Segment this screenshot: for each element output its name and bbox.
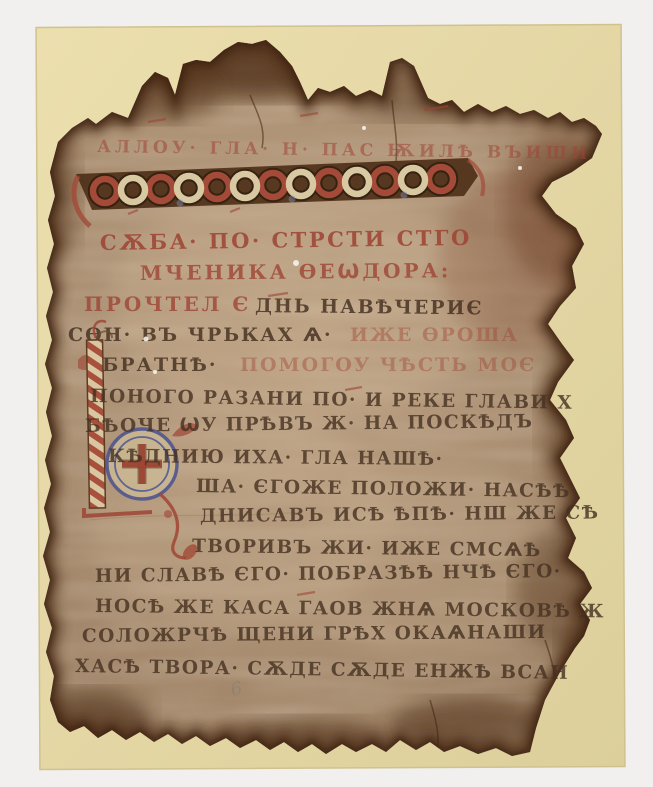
rubric-line: ПРОЧТЕЛ Є — [84, 292, 251, 316]
text-line: ДНЬ НАВѢЧЕРИЄ — [255, 295, 484, 319]
rubric-line: СѪБА· ПО· СТРСТИ СТГО — [100, 225, 472, 255]
text-line: КѢДНИЮ ИХА· ГЛА НАШѢ· — [108, 446, 444, 470]
text-line: СОЛОЖРЧѢ ЩЕНИ ГРѢХ ОКАѦНАШИ — [82, 622, 547, 647]
text-line: ДНИСАВЪ ИСѢ ѢПѢ· НШ ЖЕ СѢ — [200, 503, 600, 527]
rubric-line-faded: ПОМОГОУ ЧѢСТЬ МОЄ — [240, 354, 536, 376]
manuscript-photo: АЛЛОУ· ГЛА· Н· ПАС ѬИЛѢ ВЪИШИ — [0, 0, 653, 787]
text-line: ТВОРИВЪ ЖИ· ИЖЕ СМСѦѢ — [192, 536, 542, 561]
text-line: СѲН· ВЪ ЧРЬКАХ Ѧ· — [68, 324, 333, 346]
manuscript-scan: АЛЛОУ· ГЛА· Н· ПАС ѬИЛѢ ВЪИШИ — [0, 0, 653, 787]
parchment-leaf: АЛЛОУ· ГЛА· Н· ПАС ѬИЛѢ ВЪИШИ — [30, 20, 640, 780]
rubric-line-faded: ИЖЕ ѲРОША — [350, 324, 519, 346]
text-line: БРАТНѢ· — [102, 354, 217, 376]
